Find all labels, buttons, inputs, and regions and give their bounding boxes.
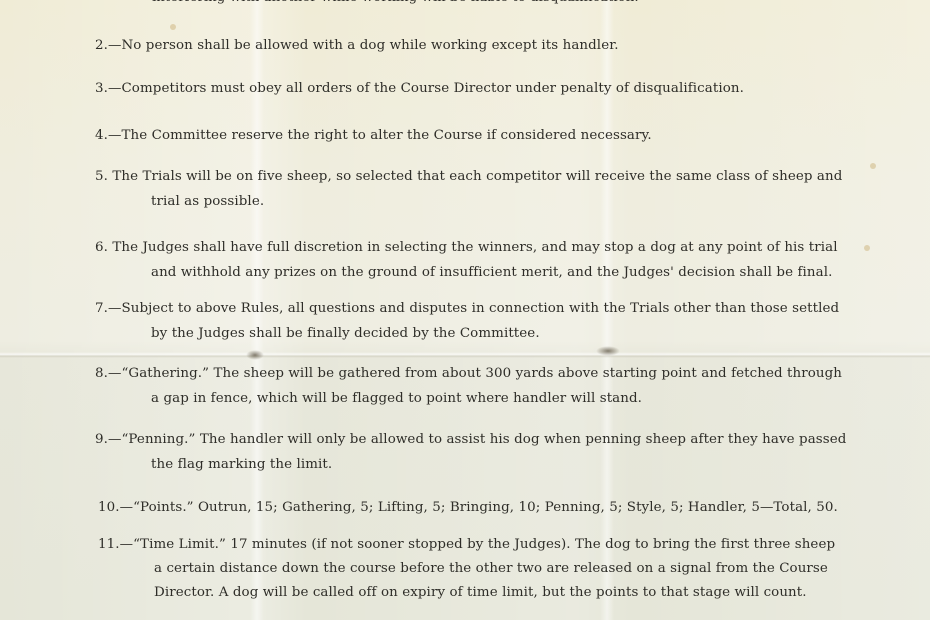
rule-5: 5. The Trials will be on five sheep, so … bbox=[95, 164, 818, 214]
rule-7: 7.—Subject to above Rules, all questions… bbox=[95, 296, 816, 346]
rule-line: a certain distance down the course befor… bbox=[98, 557, 822, 581]
fold-tear-mark bbox=[596, 346, 620, 356]
fold-tear-mark bbox=[246, 350, 264, 360]
rule-line: trial as possible. bbox=[95, 189, 818, 214]
rule-line: 6. The Judges shall have full discretion… bbox=[95, 235, 818, 260]
rule-3: 3.—Competitors must obey all orders of t… bbox=[95, 76, 830, 101]
rule-line: 8.—“Gathering.” The sheep will be gather… bbox=[95, 361, 816, 386]
rule-line: 4.—The Committee reserve the right to al… bbox=[95, 123, 830, 148]
rule-11-time-limit: 11.—“Time Limit.” 17 minutes (if not soo… bbox=[98, 533, 822, 605]
foxing-spot bbox=[864, 245, 870, 251]
rule-4: 4.—The Committee reserve the right to al… bbox=[95, 123, 830, 148]
rule-line: 5. The Trials will be on five sheep, so … bbox=[95, 164, 818, 189]
rule-line: by the Judges shall be finally decided b… bbox=[95, 321, 816, 346]
rule-9: 9.—“Penning.” The handler will only be a… bbox=[95, 427, 816, 477]
rule-8: 8.—“Gathering.” The sheep will be gather… bbox=[95, 361, 816, 411]
rule-line: 2.—No person shall be allowed with a dog… bbox=[95, 33, 830, 58]
rule-6: 6. The Judges shall have full discretion… bbox=[95, 235, 818, 285]
rule-2: 2.—No person shall be allowed with a dog… bbox=[95, 33, 830, 58]
rule-line: 10.—“Points.” Outrun, 15; Gathering, 5; … bbox=[98, 495, 818, 520]
foxing-spot bbox=[870, 163, 876, 169]
foxing-spot bbox=[170, 24, 176, 30]
horizontal-fold-crease bbox=[0, 352, 930, 358]
rule-line: 7.—Subject to above Rules, all questions… bbox=[95, 296, 816, 321]
rule-line: the flag marking the limit. bbox=[95, 452, 816, 477]
rule-line: Director. A dog will be called off on ex… bbox=[98, 581, 822, 605]
rule-line: 3.—Competitors must obey all orders of t… bbox=[95, 76, 830, 101]
rule-line: a gap in fence, which will be flagged to… bbox=[95, 386, 816, 411]
rule-line: 11.—“Time Limit.” 17 minutes (if not soo… bbox=[98, 533, 822, 557]
rule-10-points: 10.—“Points.” Outrun, 15; Gathering, 5; … bbox=[98, 495, 818, 520]
rule-line: 9.—“Penning.” The handler will only be a… bbox=[95, 427, 816, 452]
rule-line: and withhold any prizes on the ground of… bbox=[95, 260, 818, 285]
partial-rule-text: interfering with another while working w… bbox=[152, 0, 639, 10]
